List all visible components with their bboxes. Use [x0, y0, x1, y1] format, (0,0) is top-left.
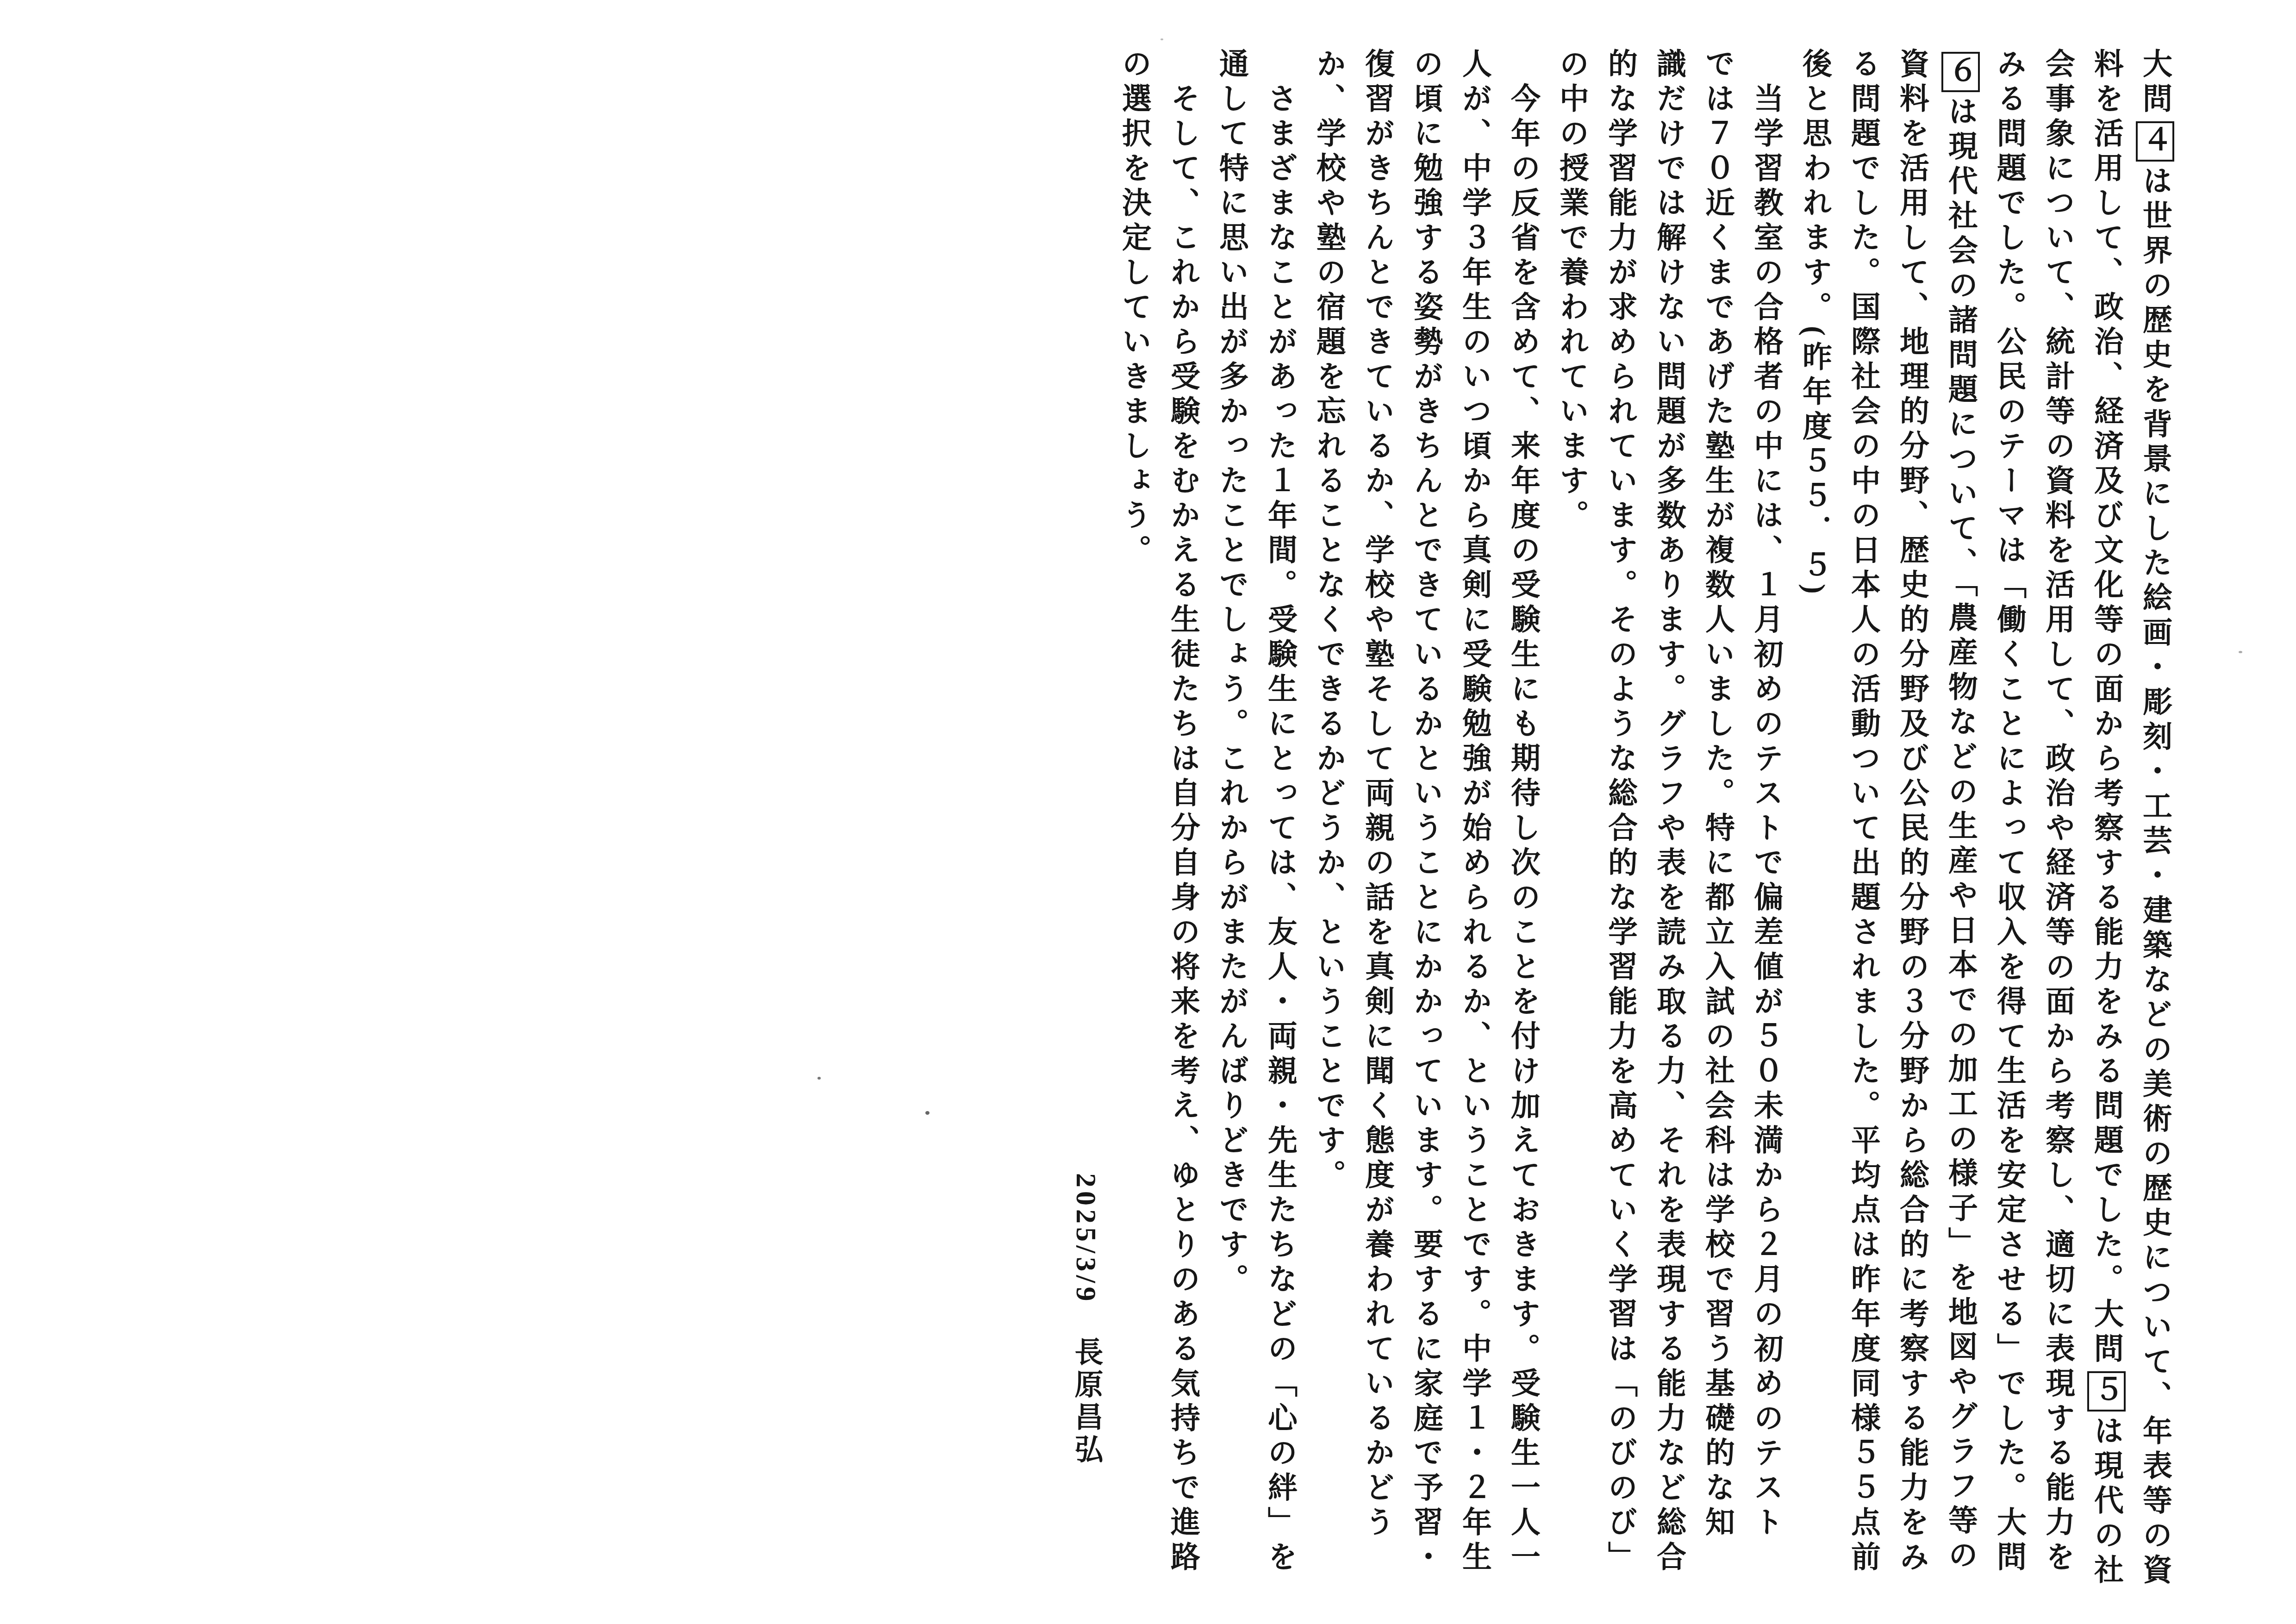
text-column-4: みる問題でした。公民のテーマは「働くことによって収入を得て生活を安定させる」でし…	[1985, 48, 2034, 1622]
text-column-15: 人が、中学３年生のいつ頃から真剣に受験勉強が始められるか、ということです。中学１…	[1450, 48, 1499, 1622]
text-segment: 2025/3/9 長原昌弘	[1070, 1173, 1102, 1467]
text-segment: る問題でした。国際社会の中の日本人の活動ついて出題されました。平均点は昨年度同様…	[1847, 48, 1880, 1576]
boxed-section-number: ５	[2087, 1371, 2126, 1412]
text-column-5: ６は現代社会の諸問題について、「農産物などの生産や日本での加工の様子」を地図やグ…	[1936, 48, 1985, 1622]
text-column-16: の頃に勉強する姿勢がきちんとできているかということにかかっています。要するに家庭…	[1402, 48, 1450, 1622]
text-segment: さまざまなことがあった１年間。受験生にとっては、友人・両親・先生たちなどの「心の…	[1264, 48, 1297, 1576]
text-segment: では７０近くまであげた塾生が複数人いました。特に都立入試の社会科は学校で習う基礎…	[1701, 48, 1734, 1541]
scan-speck	[2239, 651, 2242, 653]
text-segment: みる問題でした。公民のテーマは「働くことによって収入を得て生活を安定させる」でし…	[1993, 48, 2026, 1576]
text-segment: そして、これから受験をむかえる生徒たちは自分自身の将来を考え、ゆとりのある気持ち…	[1167, 48, 1199, 1576]
text-column-2: 料を活用して、政治、経済及び文化等の面から考察する能力をみる問題でした。大問５は…	[2082, 48, 2131, 1622]
text-segment: 人が、中学３年生のいつ頃から真剣に受験勉強が始められるか、ということです。中学１…	[1458, 48, 1491, 1576]
letter-body: 大問４は世界の歴史を背景にした絵画・彫刻・工芸・建築などの美術の歴史について、年…	[1061, 48, 2179, 1622]
text-segment: 識だけでは解けない問題が多数あります。グラフや表を読み取る力、それを表現する能力…	[1653, 48, 1685, 1576]
boxed-section-number: ６	[1941, 52, 1980, 92]
text-segment: 当学習教室の合格者の中には、１月初めのテストで偏差値が５０未満から２月の初めのテ…	[1750, 48, 1783, 1541]
text-segment: 復習がきちんとできているか、学校や塾そして両親の話を真剣に聞く態度が養われている…	[1361, 48, 1394, 1541]
text-segment: 後と思われます。(昨年度５５．５)	[1798, 48, 1831, 599]
text-column-19: さまざまなことがあった１年間。受験生にとっては、友人・両親・先生たちなどの「心の…	[1256, 48, 1304, 1622]
text-column-9: 当学習教室の合格者の中には、１月初めのテストで偏差値が５０未満から２月の初めのテ…	[1742, 48, 1791, 1622]
text-segment: 的な学習能力が求められています。そのような総合的な学習能力を高めていく学習は「の…	[1604, 48, 1637, 1576]
text-segment: は現代社会の諸問題について、「農産物などの生産や日本での加工の様子」を地図やグラ…	[1944, 96, 1977, 1574]
scanned-page: 大問４は世界の歴史を背景にした絵画・彫刻・工芸・建築などの美術の歴史について、年…	[0, 0, 2296, 1624]
text-segment: の頃に勉強する姿勢がきちんとできているかということにかかっています。要するに家庭…	[1410, 48, 1442, 1576]
text-segment: 会事象について、統計等の資料を活用して、政治や経済等の面から考察し、適切に表現す…	[2041, 48, 2074, 1576]
text-segment: 今年の反省を含めて、来年度の受験生にも期待し次のことを付け加えておきます。受験生…	[1507, 48, 1540, 1576]
text-column-8: 後と思われます。(昨年度５５．５)	[1791, 48, 1839, 1622]
text-column-20: 通して特に思い出が多かったことでしょう。これからがまたがんばりどきです。	[1207, 48, 1256, 1622]
text-column-13: の中の授業で養われています。	[1547, 48, 1596, 1622]
scan-speck	[817, 1077, 821, 1080]
text-segment: 料を活用して、政治、経済及び文化等の面から考察する能力をみる問題でした。大問	[2090, 48, 2123, 1368]
text-segment: の中の授業で養われています。	[1555, 48, 1588, 534]
text-segment: 通して特に思い出が多かったことでしょう。これからがまたがんばりどきです。	[1215, 48, 1248, 1298]
scan-speck	[1160, 38, 1163, 40]
scan-speck	[925, 1111, 930, 1115]
text-column-1: 大問４は世界の歴史を背景にした絵画・彫刻・工芸・建築などの美術の歴史について、年…	[2131, 48, 2179, 1622]
text-column-18: か、学校や塾の宿題を忘れることなくできるかどうか、ということです。	[1304, 48, 1353, 1622]
text-column-3: 会事象について、統計等の資料を活用して、政治や経済等の面から考察し、適切に表現す…	[2034, 48, 2082, 1622]
text-segment: の選択を決定していきましょう。	[1118, 48, 1151, 569]
text-column-17: 復習がきちんとできているか、学校や塾そして両親の話を真剣に聞く態度が養われている…	[1353, 48, 1402, 1622]
text-segment: 大問	[2139, 48, 2171, 118]
boxed-section-number: ４	[2136, 121, 2174, 162]
text-column-14: 今年の反省を含めて、来年度の受験生にも期待し次のことを付け加えておきます。受験生…	[1499, 48, 1547, 1622]
text-column-22: の選択を決定していきましょう。	[1110, 48, 1159, 1622]
text-segment: 資料を活用して、地理的分野、歴史的分野及び公民的分野の３分野から総合的に考察する…	[1896, 48, 1928, 1576]
text-column-10: では７０近くまであげた塾生が複数人いました。特に都立入試の社会科は学校で習う基礎…	[1693, 48, 1742, 1622]
text-column-6: 資料を活用して、地理的分野、歴史的分野及び公民的分野の３分野から総合的に考察する…	[1888, 48, 1936, 1622]
text-column-11: 識だけでは解けない問題が多数あります。グラフや表を読み取る力、それを表現する能力…	[1645, 48, 1693, 1622]
text-segment: か、学校や塾の宿題を忘れることなくできるかどうか、ということです。	[1312, 48, 1345, 1194]
text-column-21: そして、これから受験をむかえる生徒たちは自分自身の将来を考え、ゆとりのある気持ち…	[1159, 48, 1207, 1622]
text-column-7: る問題でした。国際社会の中の日本人の活動ついて出題されました。平均点は昨年度同様…	[1839, 48, 1888, 1622]
text-column-12: 的な学習能力が求められています。そのような総合的な学習能力を高めていく学習は「の…	[1596, 48, 1645, 1622]
signature-column: 2025/3/9 長原昌弘	[1061, 48, 1110, 1622]
text-segment: は現代の社	[2090, 1415, 2123, 1589]
text-segment: は世界の歴史を背景にした絵画・彫刻・工芸・建築などの美術の歴史について、年表等の…	[2139, 165, 2171, 1589]
